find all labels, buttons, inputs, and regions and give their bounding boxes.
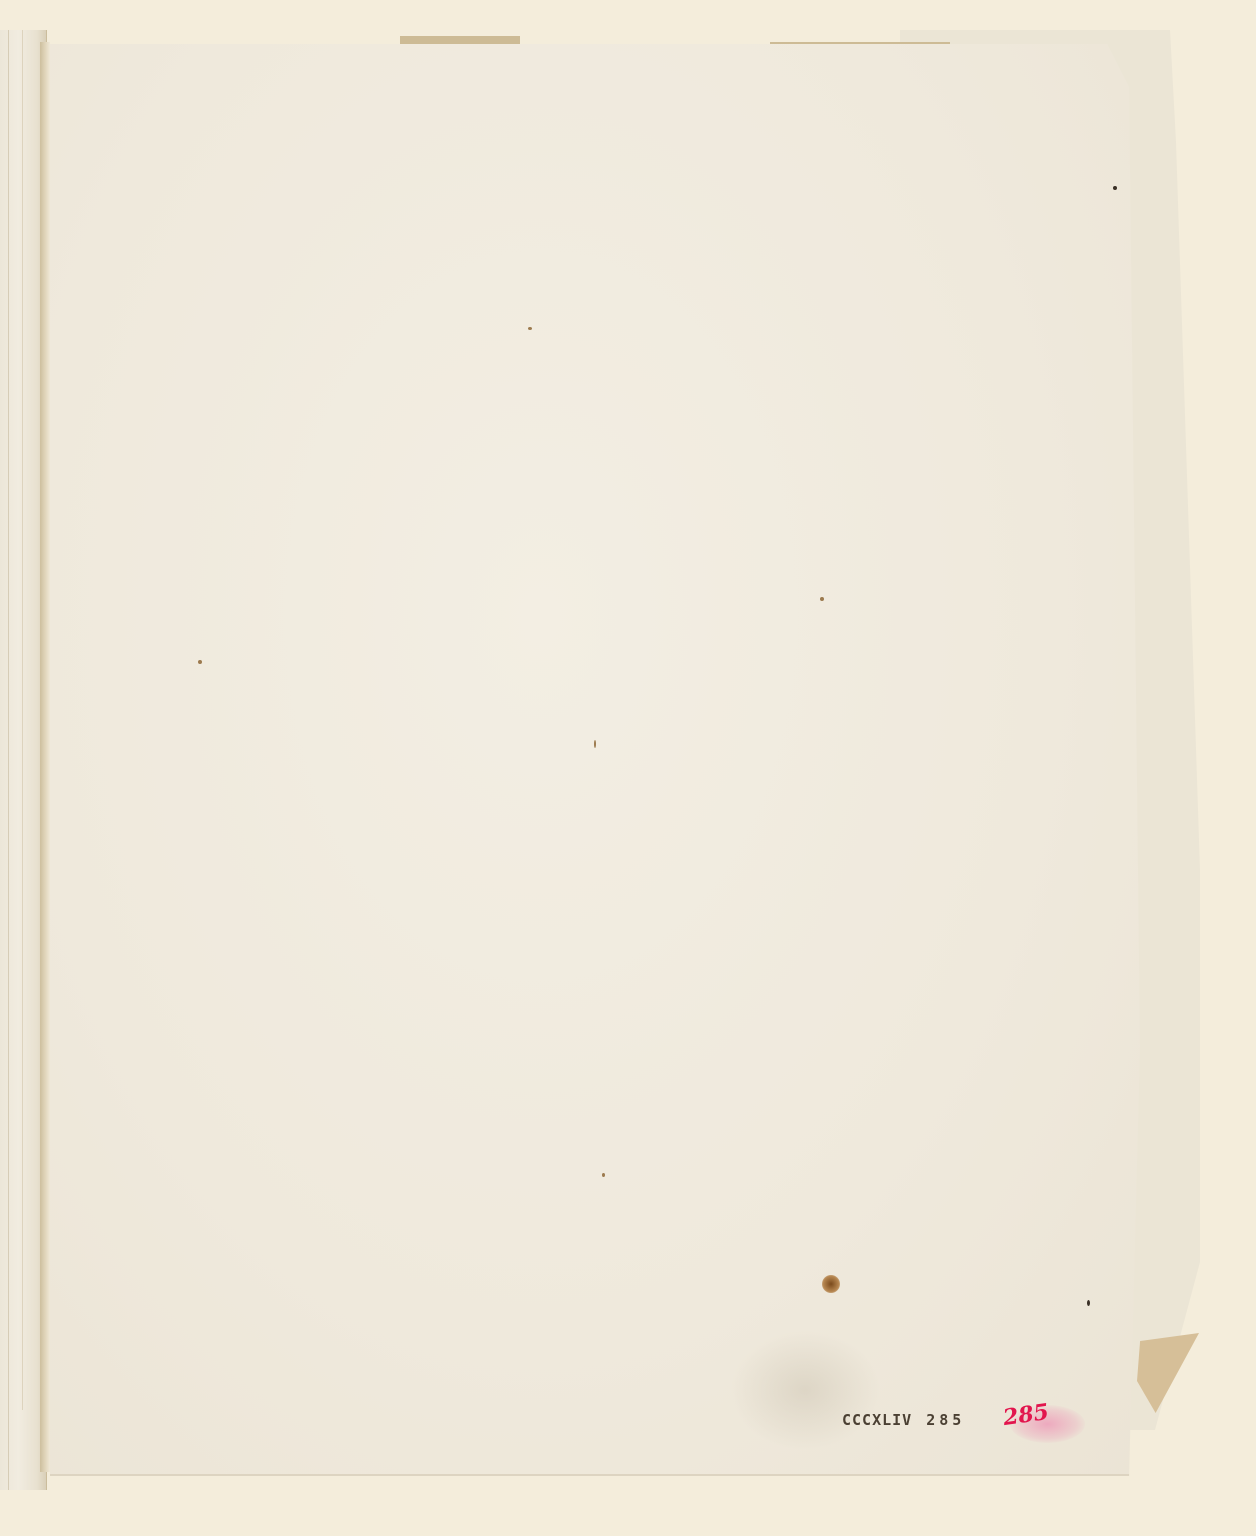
foxing-spot [1087,1300,1090,1306]
binding-gutter [40,42,50,1472]
foxing-spot [820,597,824,601]
blank-page [50,44,1140,1476]
dirt-smudge [730,1330,880,1450]
foxing-spot [198,660,202,664]
foxing-spot [594,740,596,748]
roman-numeral: CCCXLIV [842,1411,912,1429]
stain-spot [822,1275,840,1293]
catalog-stamp: CCCXLIV285 [842,1411,965,1429]
foxing-spot [602,1173,605,1177]
foxing-spot [528,327,532,330]
foxing-spot [1113,186,1117,190]
printed-number: 285 [926,1411,965,1429]
torn-edge [400,36,520,44]
